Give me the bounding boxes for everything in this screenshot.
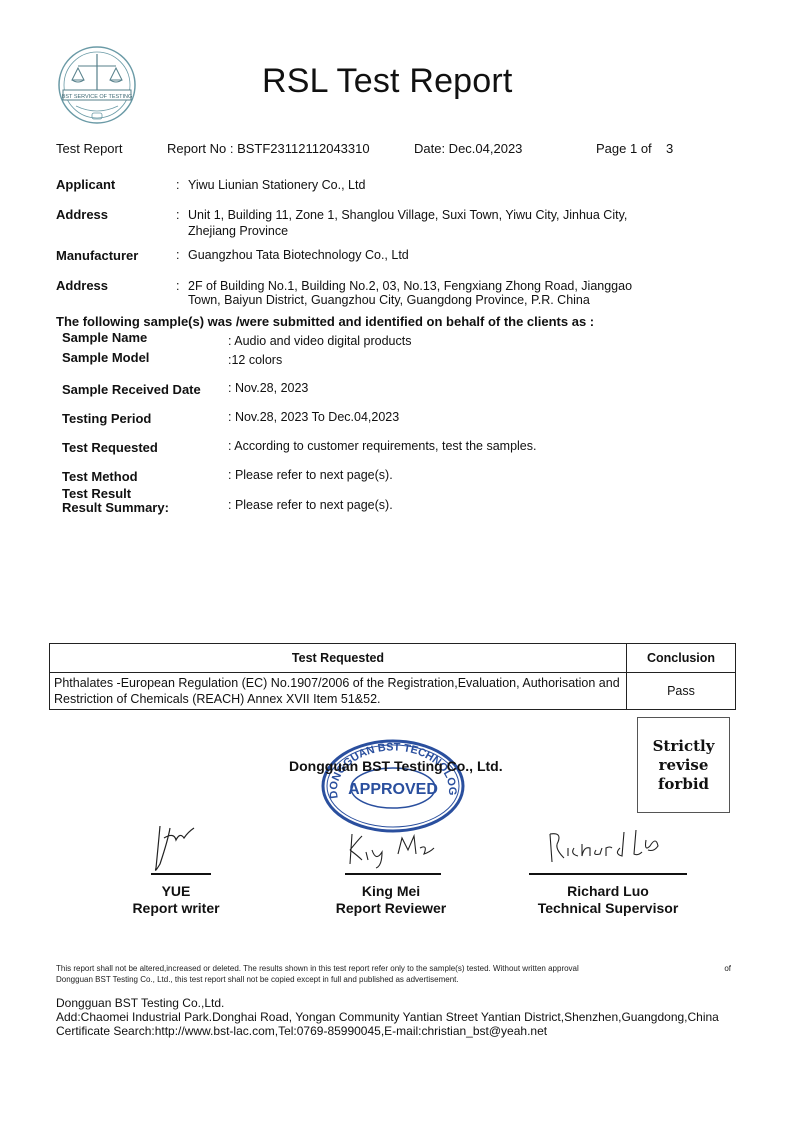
results-table: Test Requested Conclusion Phthalates -Eu…: [49, 643, 736, 710]
manufacturer-value: Guangzhou Tata Biotechnology Co., Ltd: [188, 247, 409, 263]
testing-company-name: Dongguan BST Testing Co., Ltd.: [289, 758, 503, 774]
applicant-address-line1: Unit 1, Building 11, Zone 1, Shanglou Vi…: [188, 207, 627, 223]
received-date-value: : Nov.28, 2023: [228, 380, 308, 396]
disclaimer-line: This report shall not be altered,increas…: [56, 963, 579, 974]
signatory-role: Report Reviewer: [311, 900, 471, 917]
report-date: Date: Dec.04,2023: [414, 141, 522, 156]
company-logo: BST SERVICE OF TESTING: [56, 44, 138, 126]
applicant-address-line2: Zhejiang Province: [188, 223, 288, 239]
report-number: Report No : BSTF23112112043310: [167, 141, 370, 156]
column-header-conclusion: Conclusion: [627, 644, 736, 673]
manufacturer-label: Manufacturer: [56, 248, 138, 263]
svg-text:APPROVED: APPROVED: [348, 781, 438, 798]
page-indicator: Page 1 of: [596, 141, 652, 156]
signatory-role: Report writer: [106, 900, 246, 917]
colon: :: [176, 247, 179, 263]
test-method-label: Test Method: [62, 469, 138, 484]
stamp-line: revise: [638, 756, 729, 775]
result-summary-label: Result Summary:: [62, 500, 169, 515]
page-total: 3: [666, 141, 673, 156]
test-requested-value: : According to customer requirements, te…: [228, 438, 536, 454]
test-result-label: Test Result: [62, 486, 131, 501]
colon: :: [176, 278, 179, 294]
manufacturer-address-line2: Town, Baiyun District, Guangzhou City, G…: [188, 292, 590, 308]
sample-intro: The following sample(s) was /were submit…: [56, 314, 594, 329]
signature-line: [529, 873, 687, 875]
footer-contact: Certificate Search:http://www.bst-lac.co…: [56, 1024, 719, 1038]
doc-type: Test Report: [56, 141, 122, 156]
column-header-test: Test Requested: [50, 644, 627, 673]
received-date-label: Sample Received Date: [62, 382, 201, 397]
signatory-name: Richard Luo: [528, 883, 688, 900]
sample-model-value: :12 colors: [228, 352, 282, 368]
colon: :: [176, 207, 179, 223]
signature-richard-luo: [546, 826, 666, 871]
no-revision-stamp: Strictly revise forbid: [637, 717, 730, 813]
footer: Dongguan BST Testing Co.,Ltd. Add:Chaome…: [56, 996, 719, 1038]
sample-name-value: : Audio and video digital products: [228, 333, 411, 349]
footer-company: Dongguan BST Testing Co.,Ltd.: [56, 996, 719, 1010]
testing-period-value: : Nov.28, 2023 To Dec.04,2023: [228, 409, 399, 425]
signature-line: [151, 873, 211, 875]
table-row: Phthalates -European Regulation (EC) No.…: [50, 673, 736, 710]
applicant-value: Yiwu Liunian Stationery Co., Ltd: [188, 177, 365, 193]
page-title: RSL Test Report: [262, 62, 513, 101]
disclaimer-line: Dongguan BST Testing Co., Ltd., this tes…: [56, 974, 731, 985]
sample-name-label: Sample Name: [62, 330, 147, 345]
signatory-name: King Mei: [321, 883, 461, 900]
conclusion-cell: Pass: [627, 673, 736, 710]
test-cell: Phthalates -European Regulation (EC) No.…: [50, 673, 627, 710]
signature-king-mei: [346, 830, 442, 875]
signature-yue: [150, 818, 200, 879]
sample-model-label: Sample Model: [62, 350, 149, 365]
disclaimer: This report shall not be altered,increas…: [56, 963, 731, 985]
footer-address: Add:Chaomei Industrial Park.Donghai Road…: [56, 1010, 719, 1024]
disclaimer-line-end: of: [724, 963, 731, 974]
signatory-name: YUE: [116, 883, 236, 900]
applicant-address-label: Address: [56, 207, 108, 222]
applicant-label: Applicant: [56, 177, 115, 192]
colon: :: [176, 177, 179, 193]
manufacturer-address-label: Address: [56, 278, 108, 293]
scales-of-justice-seal-icon: BST SERVICE OF TESTING: [56, 44, 138, 126]
approved-seal: DONGGUAN BST TECHNOLOGY CO.,LTD. APPROVE…: [320, 738, 466, 834]
test-method-value: : Please refer to next page(s).: [228, 467, 393, 483]
test-result-value: : Please refer to next page(s).: [228, 497, 393, 513]
testing-period-label: Testing Period: [62, 411, 151, 426]
signatory-role: Technical Supervisor: [518, 900, 698, 917]
approved-seal-icon: DONGGUAN BST TECHNOLOGY CO.,LTD. APPROVE…: [320, 738, 466, 834]
test-requested-label: Test Requested: [62, 440, 158, 455]
svg-text:BST SERVICE OF TESTING: BST SERVICE OF TESTING: [62, 94, 133, 100]
stamp-line: forbid: [638, 775, 729, 794]
table-header-row: Test Requested Conclusion: [50, 644, 736, 673]
stamp-line: Strictly: [638, 737, 729, 756]
signature-line: [345, 873, 441, 875]
